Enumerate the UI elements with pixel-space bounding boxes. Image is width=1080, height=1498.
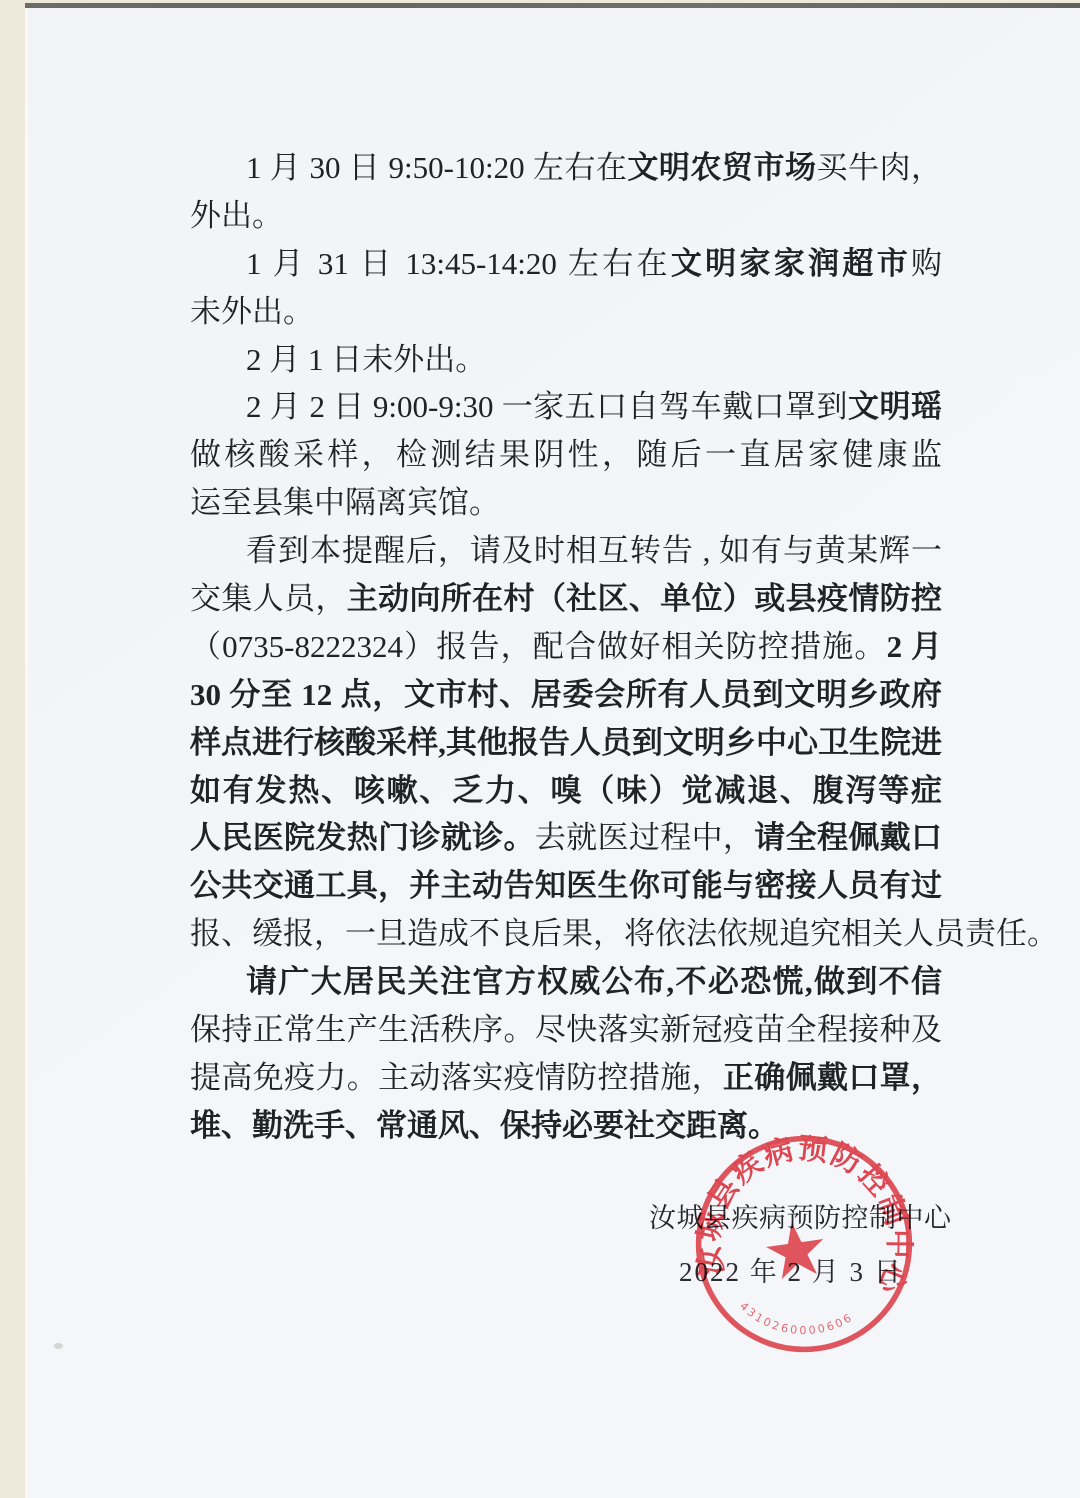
- body-text: 保持正常生产生活秩序。尽快落实新冠疫苗全程接种及加强针接种，: [190, 1012, 942, 1054]
- emphasis-text: 30 分至 12 点，文市村、居委会所有人员到文明乡政府指定的核酸采: [190, 677, 942, 719]
- text-line: 运至县集中隔离宾馆。: [190, 479, 942, 527]
- emphasis-text: 公共交通工具，并主动告知医生你可能与密接人员有过接触,: [190, 868, 942, 910]
- text-line: 公共交通工具，并主动告知医生你可能与密接人员有过接触,如有瞒: [190, 862, 942, 910]
- body-text: 运至县集中隔离宾馆。: [190, 485, 500, 520]
- scan-edge-left: [0, 0, 28, 1498]
- text-line: （0735-8222324）报告，配合做好相关防控措施。2 月 3 日上午 9 …: [190, 623, 942, 671]
- body-text: 去就医过程中，: [535, 820, 754, 855]
- emphasis-text: 样点进行核酸采样,其他报告人员到文明乡中心卫生院进行核酸采样。: [190, 725, 942, 767]
- body-text: 交集人员，: [190, 581, 347, 616]
- text-line: 报、缓报，一旦造成不良后果，将依法依规追究相关人员责任。: [190, 910, 942, 958]
- scanned-notice-page: 1 月 30 日 9:50-10:20 左右在文明农贸市场买牛肉，其它时间未外出…: [0, 0, 1080, 1498]
- body-text: 做核酸采样，检测结果阴性，随后一直居家健康监测,23:00 左右转: [190, 437, 942, 479]
- text-line: 保持正常生产生活秩序。尽快落实新冠疫苗全程接种及加强针接种，: [190, 1006, 942, 1054]
- body-text: 提高免疫力。主动落实疫情防控措施，: [190, 1060, 723, 1095]
- seal-ring-text: 汝城县疾病预防控制中心: [688, 1122, 927, 1301]
- text-line: 交集人员，主动向所在村（社区、单位）或县疫情防控指挥部: [190, 575, 942, 623]
- emphasis-text: 文明家家润超市: [671, 246, 911, 281]
- text-line: 2 月 2 日 9:00-9:30 一家五口自驾车戴口罩到文明瑶族乡卫生院: [190, 383, 942, 431]
- star-icon: [763, 1218, 828, 1280]
- emphasis-text: 请广大居民关注官方权威公布,不必恐慌,做到不信谣,不传谣，: [190, 964, 942, 1006]
- text-line: 人民医院发热门诊就诊。去就医过程中，请全程佩戴口罩，不要乘坐: [190, 814, 942, 862]
- body-text: 1 月 30 日 9:50-10:20 左右在: [246, 150, 627, 185]
- text-line: 看到本提醒后，请及时相互转告 , 如有与黄某辉一家有时空轨迹: [190, 527, 942, 575]
- text-line: 1 月 31 日 13:45-14:20 左右在文明家家润超市购物，其它时间: [190, 240, 942, 288]
- text-line: 请广大居民关注官方权威公布,不必恐慌,做到不信谣,不传谣，: [190, 958, 942, 1006]
- text-block: 1 月 30 日 9:50-10:20 左右在文明农贸市场买牛肉，其它时间未外出…: [190, 144, 942, 1150]
- text-line: 样点进行核酸采样,其他报告人员到文明乡中心卫生院进行核酸采样。: [190, 719, 942, 767]
- text-line: 外出。: [190, 192, 942, 240]
- official-seal-stamp: 汝城县疾病预防控制中心 4310260000606: [637, 1077, 971, 1411]
- text-line: 30 分至 12 点，文市村、居委会所有人员到文明乡政府指定的核酸采: [190, 671, 942, 719]
- body-text: 报、缓报，一旦造成不良后果，将依法依规追究相关人员责任。: [190, 916, 1058, 951]
- body-text: 未外出。: [190, 294, 314, 329]
- body-text: 看到本提醒后，请及时相互转告 , 如有与黄某辉一家有时空轨迹: [190, 533, 942, 575]
- text-line: 未外出。: [190, 288, 942, 336]
- text-line: 2 月 1 日未外出。: [190, 336, 942, 384]
- body-text: 1 月 31 日 13:45-14:20 左右在: [246, 246, 671, 281]
- paper-top-shadow: [25, 3, 1080, 8]
- emphasis-text: 人民医院发热门诊就诊。: [190, 820, 535, 855]
- text-line: 如有发热、咳嗽、乏力、嗅（味）觉减退、腹泻等症状，请立即到县: [190, 767, 942, 815]
- text-line: 做核酸采样，检测结果阴性，随后一直居家健康监测,23:00 左右转: [190, 431, 942, 479]
- body-text: 2 月 2 日 9:00-9:30 一家五口自驾车戴口罩到: [246, 389, 848, 424]
- scan-speck: [54, 1343, 63, 1349]
- body-text: （0735-8222324）报告，配合做好相关防控措施。: [190, 629, 887, 664]
- body-text: 外出。: [190, 198, 283, 233]
- text-line: 1 月 30 日 9:50-10:20 左右在文明农贸市场买牛肉，其它时间未: [190, 144, 942, 192]
- emphasis-text: 如有发热、咳嗽、乏力、嗅（味）觉减退、腹泻等症状，请立即到县: [190, 773, 942, 815]
- emphasis-text: 文明农贸市场: [627, 150, 816, 185]
- body-text: 2 月 1 日未外出。: [246, 342, 486, 377]
